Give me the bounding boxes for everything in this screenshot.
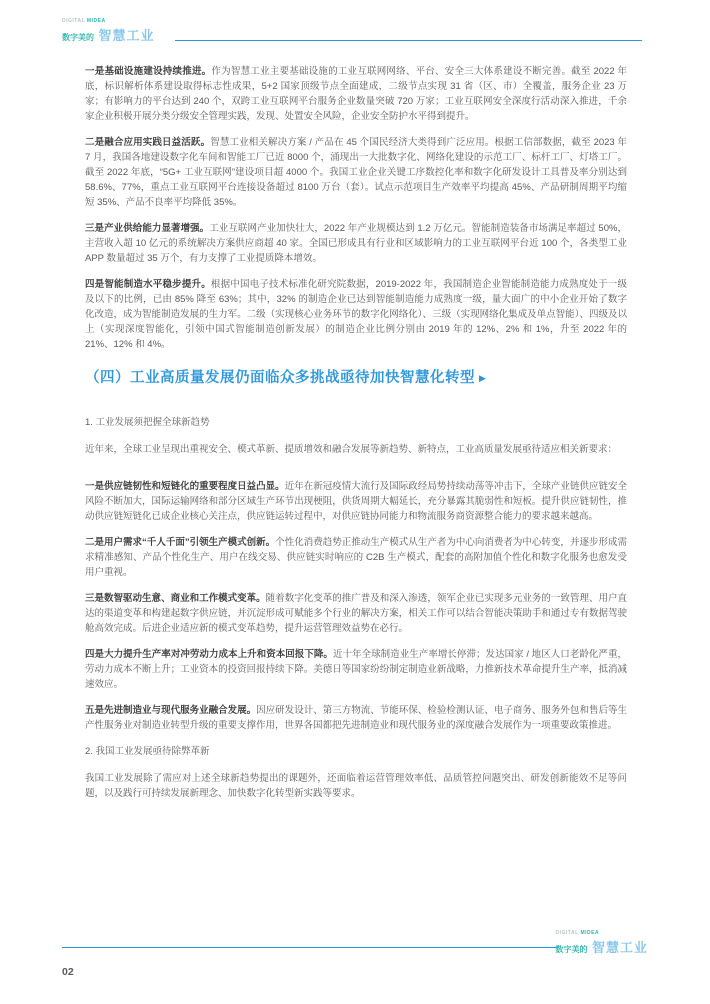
subsection-heading-1: 1. 工业发展须把握全球新趋势 bbox=[85, 415, 627, 430]
paragraph-supply-chain: 一是供应链韧性和短链化的重要程度日益凸显。近年在新冠疫情大流行及国际政经局势持续… bbox=[85, 479, 627, 524]
paragraph-digital-drive: 三是数智驱动生意、商业和工作模式变革。随着数字化变革的推广普及和深入渗透，领军企… bbox=[85, 591, 627, 636]
footer-brand-logo: DIGITAL MIDEA 数字美的 智慧工业 bbox=[556, 931, 648, 954]
paragraph-lead: 一是基础设施建设持续推进。 bbox=[85, 66, 211, 77]
paragraph-trend-intro: 近年来，全球工业呈现出重视安全、模式革新、提质增效和融合发展等新趋势、新特点，工… bbox=[85, 442, 627, 457]
paragraph-service-integration: 五是先进制造业与现代服务业融合发展。因应研发设计、第三方物流、节能环保、检验检测… bbox=[85, 703, 627, 733]
paragraph-lead: 五是先进制造业与现代服务业融合发展。 bbox=[85, 705, 256, 716]
brand-main-label: 智慧工业 bbox=[98, 28, 154, 43]
section-heading: （四）工业高质量发展仍面临众多挑战亟待加快智慧化转型▶ bbox=[85, 368, 627, 388]
paragraph-china-challenges: 我国工业发展除了需应对上述全球新趋势提出的课题外，还面临着运营管理效率低、品质管… bbox=[85, 771, 627, 801]
brand-digital-text: DIGITAL bbox=[62, 18, 87, 24]
brand-main-line: 数字美的 智慧工业 bbox=[62, 26, 154, 42]
paragraph-lead: 三是数智驱动生意、商业和工作模式变革。 bbox=[85, 593, 266, 604]
brand-midea-text: MIDEA bbox=[580, 930, 599, 936]
brand-top-line: DIGITAL MIDEA bbox=[62, 19, 154, 24]
brand-sub-label: 数字美的 bbox=[556, 945, 588, 954]
section-heading-text: （四）工业高质量发展仍面临众多挑战亟待加快智慧化转型 bbox=[85, 370, 475, 386]
brand-top-line: DIGITAL MIDEA bbox=[556, 931, 648, 936]
paragraph-lead: 四是大力提升生产率对冲劳动力成本上升和资本回报下降。 bbox=[85, 649, 333, 660]
header-divider-line bbox=[175, 40, 642, 41]
document-page: DIGITAL MIDEA 数字美的 智慧工业 一是基础设施建设持续推进。作为智… bbox=[0, 0, 710, 1004]
page-content: 一是基础设施建设持续推进。作为智慧工业主要基础设施的工业互联网网络、平台、安全三… bbox=[85, 64, 627, 812]
brand-main-line: 数字美的 智慧工业 bbox=[556, 938, 648, 954]
paragraph-infrastructure: 一是基础设施建设持续推进。作为智慧工业主要基础设施的工业互联网网络、平台、安全三… bbox=[85, 64, 627, 124]
paragraph-lead: 三是产业供给能力显著增强。 bbox=[85, 223, 209, 234]
brand-digital-text: DIGITAL bbox=[556, 930, 581, 936]
paragraph-lead: 四是智能制造水平稳步提升。 bbox=[85, 279, 211, 290]
brand-midea-text: MIDEA bbox=[87, 18, 106, 24]
paragraph-lead: 二是融合应用实践日益活跃。 bbox=[85, 137, 210, 148]
footer-divider-line bbox=[62, 947, 557, 948]
header-brand-logo: DIGITAL MIDEA 数字美的 智慧工业 bbox=[62, 19, 154, 42]
paragraph-user-demand: 二是用户需求“千人千面”引领生产模式创新。个性化消费趋势正推动生产模式从生产者为… bbox=[85, 535, 627, 580]
paragraph-productivity: 四是大力提升生产率对冲劳动力成本上升和资本回报下降。近十年全球制造业生产率增长停… bbox=[85, 647, 627, 692]
brand-main-label: 智慧工业 bbox=[592, 940, 648, 955]
paragraph-lead: 二是用户需求“千人千面”引领生产模式创新。 bbox=[85, 537, 275, 548]
paragraph-application: 二是融合应用实践日益活跃。智慧工业相关解决方案 / 产品在 45 个国民经济大类… bbox=[85, 135, 627, 210]
paragraph-lead: 一是供应链韧性和短链化的重要程度日益凸显。 bbox=[85, 481, 285, 492]
paragraph-smart-manufacturing: 四是智能制造水平稳步提升。根据中国电子技术标准化研究院数据，2019-2022 … bbox=[85, 277, 627, 352]
heading-arrow-icon: ▶ bbox=[479, 373, 486, 383]
page-number: 02 bbox=[62, 966, 74, 978]
subsection-heading-2: 2. 我国工业发展亟待除弊革新 bbox=[85, 744, 627, 759]
paragraph-supply-capacity: 三是产业供给能力显著增强。工业互联网产业加快壮大，2022 年产业规模达到 1.… bbox=[85, 221, 627, 266]
brand-sub-label: 数字美的 bbox=[62, 33, 94, 42]
